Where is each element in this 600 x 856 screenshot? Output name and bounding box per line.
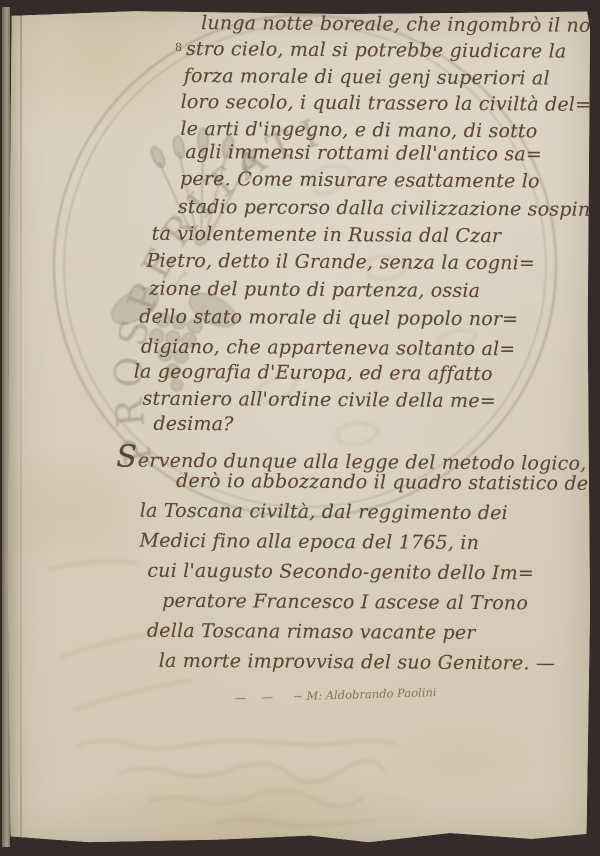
manuscript-line: stro cielo, mal si potrebbe giudicare la xyxy=(186,39,567,63)
manuscript-line: forza morale di quei genj superiori al xyxy=(184,66,550,89)
manuscript-line: agli immensi rottami dell'antico sa= xyxy=(185,142,542,165)
manuscript-line: ta violentemente in Russia dal Czar xyxy=(152,224,502,247)
manuscript-line: la Toscana civiltà, dal reggimento dei xyxy=(140,501,508,524)
manuscript-line: della Toscana rimaso vacante per xyxy=(147,621,476,644)
manuscript-line: pere. Come misurare esattamente lo xyxy=(180,169,540,192)
manuscript-line: Medici fino alla epoca del 1765, in xyxy=(140,531,480,554)
manuscript-line: cui l'augusto Secondo-genito dello Im= xyxy=(147,561,534,585)
manuscript-page: PROSPERITATI xyxy=(7,10,590,843)
manuscript-line: dello stato morale di quel popolo nor= xyxy=(139,307,518,331)
scan-background: PROSPERITATI xyxy=(0,0,600,856)
manuscript-line: la morte improvvisa del suo Genitore. — xyxy=(159,651,555,675)
manuscript-line: digiano, che apparteneva soltanto al= xyxy=(141,337,516,361)
manuscript-line: peratore Francesco I ascese al Trono xyxy=(162,591,528,614)
signature: — —~ M: Aldobrando Paolini xyxy=(234,685,436,705)
manuscript-line: desima? xyxy=(153,414,233,435)
manuscript-line: la geografia d'Europa, ed era affatto xyxy=(134,362,493,385)
manuscript-line: zione del punto di partenza, ossia xyxy=(149,279,480,302)
manuscript-line: derò io abbozzando il quadro statistico … xyxy=(176,471,600,495)
manuscript-line: loro secolo, i quali trassero la civiltà… xyxy=(181,92,592,116)
manuscript-line: stadio percorso dalla civilizzazione sos… xyxy=(178,197,600,221)
manuscript-text-block: 8 lunga notte boreale, che ingombrò il n… xyxy=(1,10,590,847)
manuscript-line: le arti d'ingegno, e di mano, di sotto xyxy=(180,119,537,142)
signature-text: ~ M: Aldobrando Paolini xyxy=(293,685,437,703)
manuscript-line: lunga notte boreale, che ingombrò il no= xyxy=(201,13,600,37)
manuscript-line: straniero all'ordine civile della me= xyxy=(142,389,495,412)
manuscript-line: Pietro, detto il Grande, senza la cogni= xyxy=(146,251,535,275)
page-number: 8 xyxy=(175,41,182,54)
signature-flourish: — — xyxy=(234,690,279,705)
